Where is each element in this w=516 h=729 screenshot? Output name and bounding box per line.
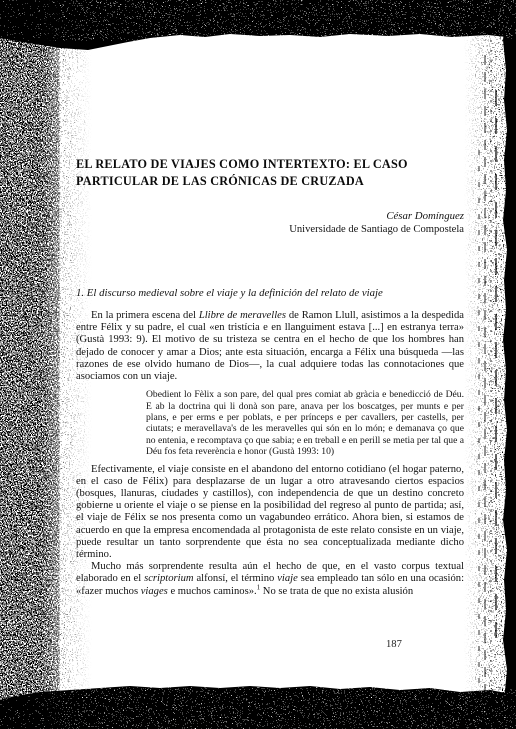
paragraph-2: Efectivamente, el viaje consiste en el a…: [76, 464, 464, 562]
article-title: EL RELATO DE VIAJES COMO INTERTEXTO: EL …: [76, 156, 464, 190]
byline: César Domínguez Universidade de Santiago…: [76, 210, 464, 237]
author-name: César Domínguez: [76, 210, 464, 223]
block-quote: Obedient lo Fèlix a son pare, del qual p…: [146, 389, 464, 457]
top-band-salt-noise: [0, 0, 516, 40]
page-body: EL RELATO DE VIAJES COMO INTERTEXTO: EL …: [76, 156, 464, 612]
scanned-book-page: EL RELATO DE VIAJES COMO INTERTEXTO: EL …: [0, 0, 516, 729]
right-scan-edge: [503, 0, 516, 729]
paragraph-1: En la primera escena del Llibre de merav…: [76, 310, 464, 383]
article-title-line-2: PARTICULAR DE LAS CRÓNICAS DE CRUZADA: [76, 173, 464, 190]
section-heading: 1. El discurso medieval sobre el viaje y…: [76, 287, 464, 300]
author-affiliation: Universidade de Santiago de Compostela: [76, 223, 464, 237]
top-scan-band: [0, 0, 516, 50]
bottom-band-salt-noise: [0, 688, 516, 729]
gutter-noise-dense: [0, 0, 58, 729]
paragraph-3: Mucho más sorprendente resulta aún el he…: [76, 561, 464, 598]
article-title-line-1: EL RELATO DE VIAJES COMO INTERTEXTO: EL …: [76, 156, 464, 173]
bottom-scan-band: [0, 686, 516, 729]
page-number: 187: [386, 639, 402, 650]
right-edge-noise: [464, 0, 516, 729]
